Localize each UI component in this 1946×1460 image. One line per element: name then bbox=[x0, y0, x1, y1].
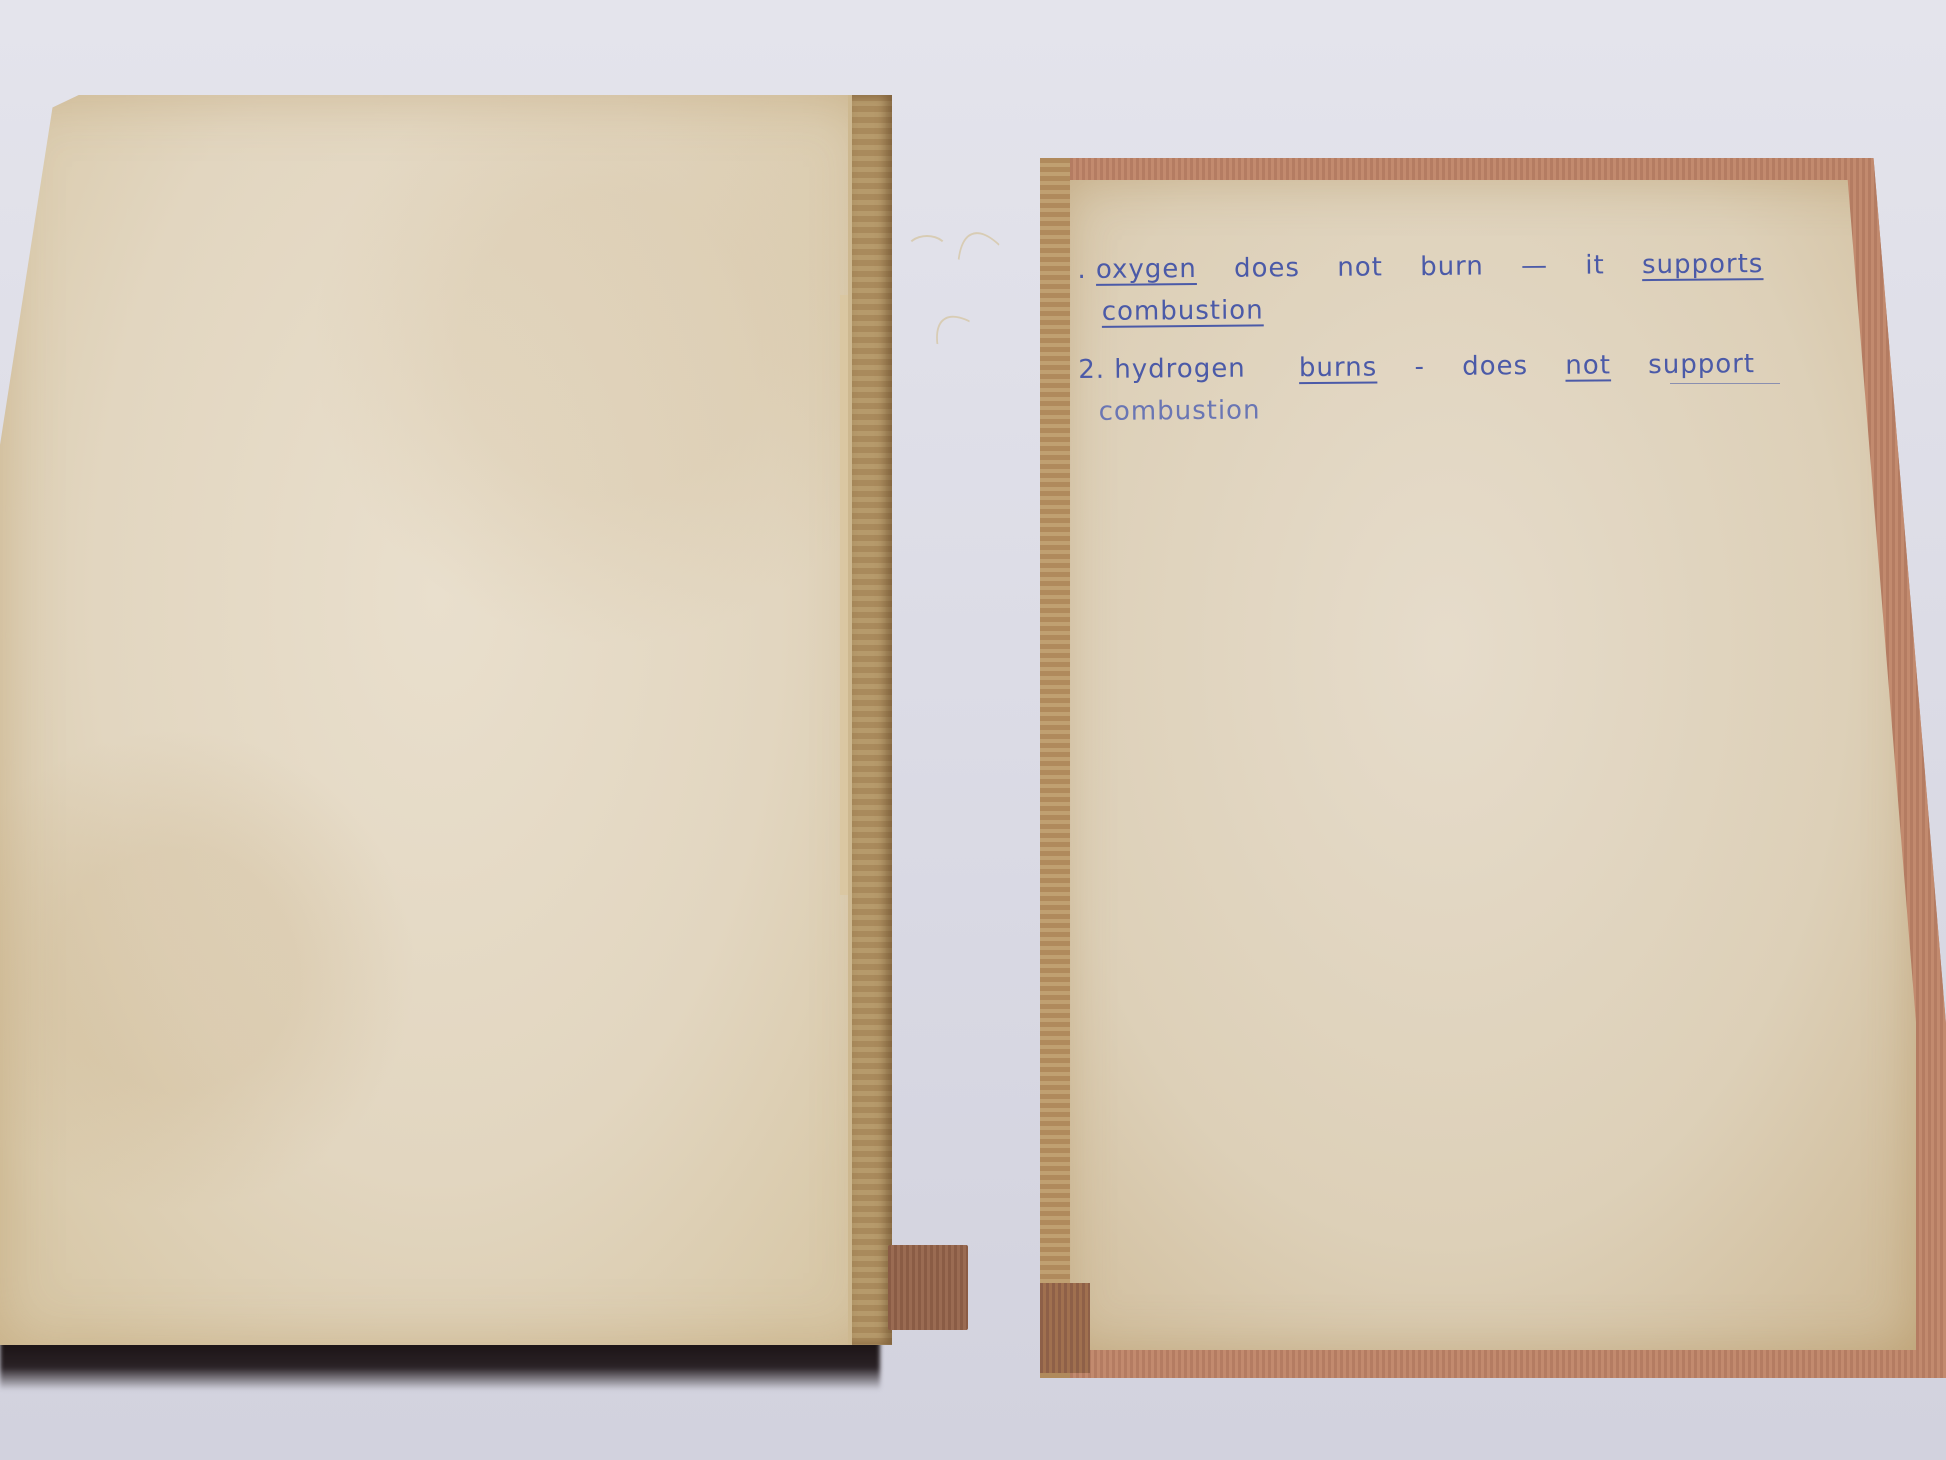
note-word: oxygen bbox=[1096, 247, 1197, 292]
note-word: - bbox=[1414, 345, 1425, 389]
line-number: 2. bbox=[1078, 355, 1105, 385]
note-word: support bbox=[1648, 342, 1755, 387]
handwritten-note: . oxygen does not burn — it supports com… bbox=[1077, 242, 1779, 432]
note-word: — bbox=[1521, 244, 1548, 288]
text-block-endpaper bbox=[0, 95, 875, 1345]
note-line-2: combustion bbox=[1078, 284, 1778, 332]
cover-hinge bbox=[1040, 158, 1070, 1378]
note-word: burn bbox=[1420, 245, 1484, 290]
text-block-shadow bbox=[0, 1340, 880, 1390]
note-line-1: . oxygen does not burn — it supports bbox=[1077, 242, 1777, 290]
pencil-rule-line bbox=[1670, 383, 1780, 384]
note-word: does bbox=[1462, 344, 1528, 389]
note-word: does bbox=[1234, 246, 1300, 291]
note-word: it bbox=[1585, 243, 1605, 287]
loose-thread bbox=[905, 235, 949, 269]
text-block-spine bbox=[848, 95, 892, 1345]
photo-scene: . oxygen does not burn — it supports com… bbox=[0, 0, 1946, 1460]
note-word: not bbox=[1565, 343, 1611, 387]
note-word: supports bbox=[1642, 242, 1764, 287]
note-word: combustion bbox=[1098, 388, 1260, 433]
note-line-4: combustion bbox=[1078, 384, 1778, 432]
note-word: hydrogen bbox=[1114, 347, 1246, 392]
line-number: . bbox=[1077, 255, 1087, 285]
note-word: not bbox=[1337, 245, 1383, 289]
note-word: combustion bbox=[1102, 288, 1264, 333]
cloth-tab bbox=[888, 1245, 968, 1330]
note-word: burns bbox=[1299, 345, 1378, 390]
book-text-block bbox=[0, 95, 905, 1348]
cover-cloth-tab bbox=[1040, 1283, 1090, 1373]
